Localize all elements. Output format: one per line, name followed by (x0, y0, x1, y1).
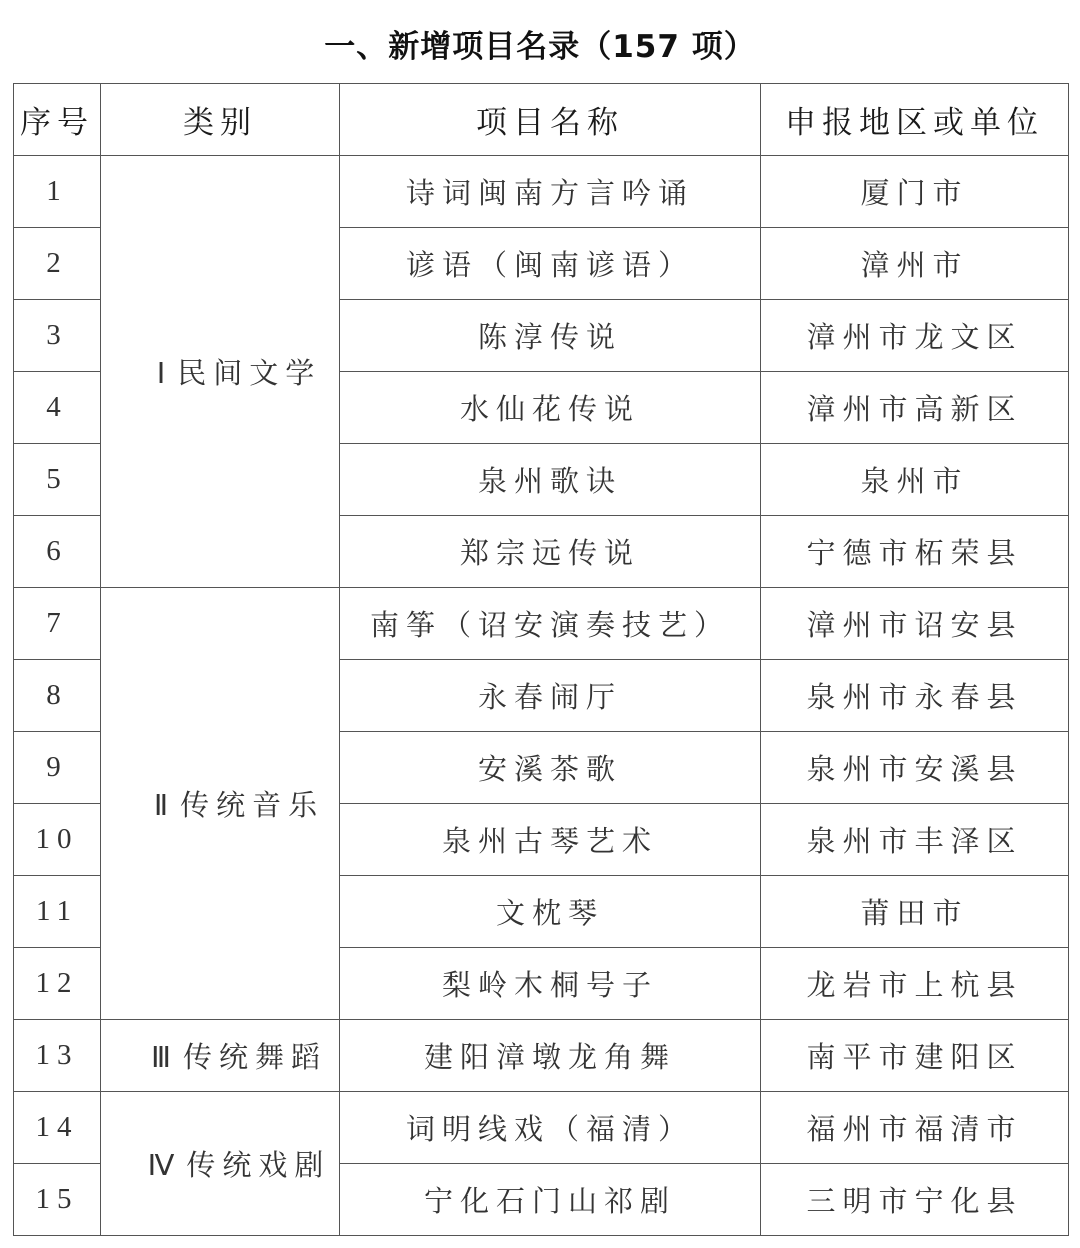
category-numeral: Ⅰ (157, 358, 168, 390)
row-seq: 2 (14, 228, 101, 300)
row-region: 漳州市诏安县 (761, 588, 1069, 660)
project-list-table: 序号 类别 项目名称 申报地区或单位 1 Ⅰ民间文学 诗词闽南方言吟诵 厦门市 … (13, 83, 1069, 1236)
row-region: 龙岩市上杭县 (761, 948, 1069, 1020)
row-project-name: 谚语（闽南谚语） (340, 228, 761, 300)
row-seq: 7 (14, 588, 101, 660)
row-seq: 14 (14, 1092, 101, 1164)
row-project-name: 水仙花传说 (340, 372, 761, 444)
row-region: 漳州市 (761, 228, 1069, 300)
row-seq: 3 (14, 300, 101, 372)
row-seq: 11 (14, 876, 101, 948)
row-project-name: 郑宗远传说 (340, 516, 761, 588)
category-label: 传统舞蹈 (183, 1040, 327, 1074)
header-region: 申报地区或单位 (761, 84, 1069, 156)
row-seq: 4 (14, 372, 101, 444)
category-cell-traditional-music: Ⅱ传统音乐 (101, 588, 340, 1020)
row-project-name: 词明线戏（福清） (340, 1092, 761, 1164)
row-region: 宁德市柘荣县 (761, 516, 1069, 588)
document-title: 一、新增项目名录（157 项） (0, 22, 1080, 72)
row-project-name: 诗词闽南方言吟诵 (340, 156, 761, 228)
row-seq: 1 (14, 156, 101, 228)
category-cell-traditional-dance: Ⅲ传统舞蹈 (101, 1020, 340, 1092)
row-region: 漳州市龙文区 (761, 300, 1069, 372)
row-project-name: 泉州歌诀 (340, 444, 761, 516)
row-seq: 5 (14, 444, 101, 516)
row-project-name: 梨岭木桐号子 (340, 948, 761, 1020)
row-region: 泉州市安溪县 (761, 732, 1069, 804)
category-cell-traditional-drama: Ⅳ传统戏剧 (101, 1092, 340, 1236)
row-project-name: 建阳漳墩龙角舞 (340, 1020, 761, 1092)
row-project-name: 陈淳传说 (340, 300, 761, 372)
category-label: 传统音乐 (180, 788, 324, 822)
row-region: 泉州市丰泽区 (761, 804, 1069, 876)
row-region: 莆田市 (761, 876, 1069, 948)
table-row: 7 Ⅱ传统音乐 南筝（诏安演奏技艺） 漳州市诏安县 (14, 588, 1069, 660)
category-label: 民间文学 (177, 356, 321, 390)
row-region: 南平市建阳区 (761, 1020, 1069, 1092)
category-numeral: Ⅳ (148, 1150, 177, 1182)
row-seq: 13 (14, 1020, 101, 1092)
category-cell-folk-literature: Ⅰ民间文学 (101, 156, 340, 588)
row-project-name: 泉州古琴艺术 (340, 804, 761, 876)
table-row: 13 Ⅲ传统舞蹈 建阳漳墩龙角舞 南平市建阳区 (14, 1020, 1069, 1092)
row-project-name: 南筝（诏安演奏技艺） (340, 588, 761, 660)
row-region: 泉州市 (761, 444, 1069, 516)
header-project-name: 项目名称 (340, 84, 761, 156)
row-region: 漳州市高新区 (761, 372, 1069, 444)
row-seq: 9 (14, 732, 101, 804)
table-header-row: 序号 类别 项目名称 申报地区或单位 (14, 84, 1069, 156)
row-region: 泉州市永春县 (761, 660, 1069, 732)
row-seq: 10 (14, 804, 101, 876)
row-seq: 15 (14, 1164, 101, 1236)
row-seq: 12 (14, 948, 101, 1020)
category-label: 传统戏剧 (186, 1148, 330, 1182)
row-seq: 6 (14, 516, 101, 588)
row-region: 厦门市 (761, 156, 1069, 228)
row-seq: 8 (14, 660, 101, 732)
table-row: 14 Ⅳ传统戏剧 词明线戏（福清） 福州市福清市 (14, 1092, 1069, 1164)
category-numeral: Ⅲ (151, 1042, 173, 1074)
header-category: 类别 (101, 84, 340, 156)
row-region: 福州市福清市 (761, 1092, 1069, 1164)
row-project-name: 安溪茶歌 (340, 732, 761, 804)
category-numeral: Ⅱ (154, 790, 170, 822)
row-region: 三明市宁化县 (761, 1164, 1069, 1236)
header-seq: 序号 (14, 84, 101, 156)
row-project-name: 文枕琴 (340, 876, 761, 948)
row-project-name: 宁化石门山祁剧 (340, 1164, 761, 1236)
table-row: 1 Ⅰ民间文学 诗词闽南方言吟诵 厦门市 (14, 156, 1069, 228)
row-project-name: 永春闹厅 (340, 660, 761, 732)
